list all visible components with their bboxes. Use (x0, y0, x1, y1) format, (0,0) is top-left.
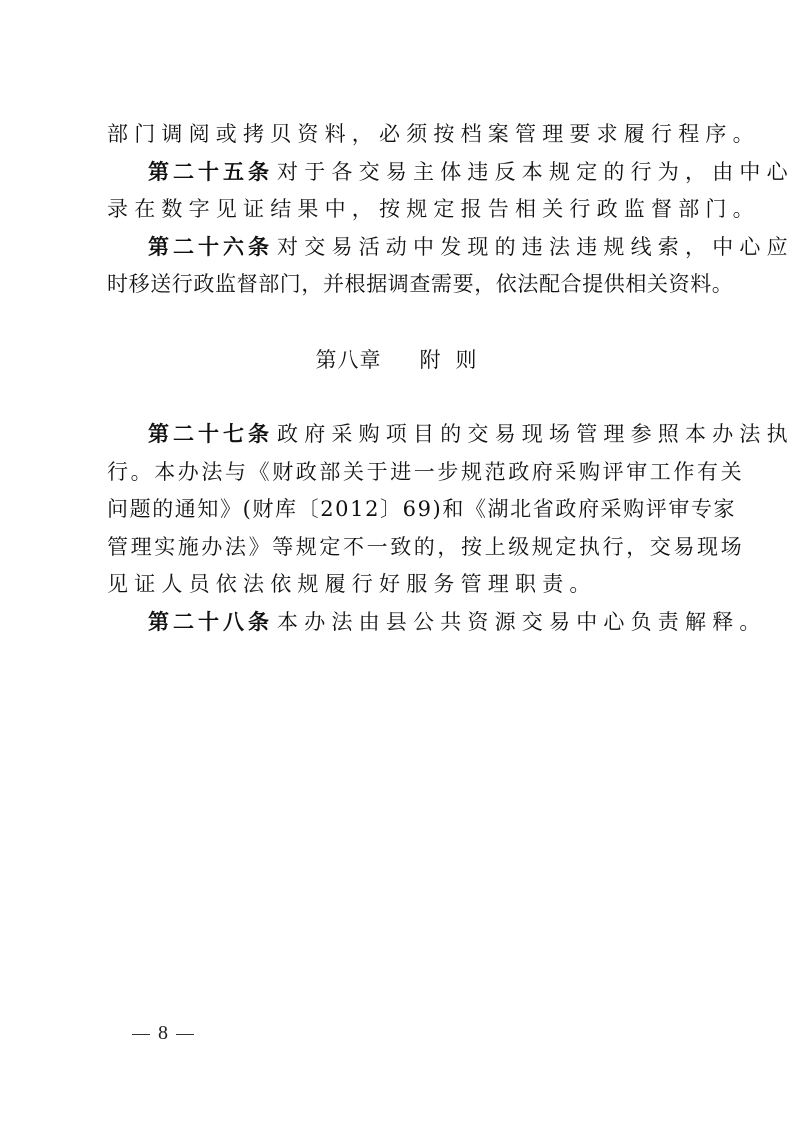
article-27-line-2: 行。本办法与《财政部关于进一步规范政府采购评审工作有关 (107, 454, 691, 492)
document-page-top: 部门调阅或拷贝资料，必须按档案管理要求履行程序。 第二十五条对于各交易主体违反本… (107, 116, 691, 304)
article-27-number: 第二十七条 (148, 422, 273, 446)
article-26-first-line: 第二十六条对交易活动中发现的违法违规线索，中心应及 (107, 229, 691, 267)
chapter-number: 第八章 (316, 348, 382, 372)
article-28-text: 本办法由县公共资源交易中心负责解释。 (277, 610, 767, 634)
article-27-line-3: 问题的通知》(财库〔2012〕69)和《湖北省政府采购评审专家 (107, 491, 691, 529)
article-27-line-5: 见证人员依法依规履行好服务管理职责。 (107, 566, 691, 604)
article-28-first-line: 第二十八条本办法由县公共资源交易中心负责解释。 (107, 604, 691, 642)
article-25-line-2: 录在数字见证结果中，按规定报告相关行政监督部门。 (107, 191, 691, 229)
page-number-footer: 8 (124, 1022, 202, 1045)
continuation-line: 部门调阅或拷贝资料，必须按档案管理要求履行程序。 (107, 116, 691, 154)
chapter-title-part2: 则 (456, 348, 478, 372)
left-dash (132, 1034, 150, 1035)
right-dash (176, 1034, 194, 1035)
article-26-number: 第二十六条 (148, 235, 273, 259)
chapter-heading: 第八章附则 (0, 342, 793, 378)
article-25-text: 对于各交易主体违反本规定的行为，由中心记 (277, 160, 793, 184)
article-27-first-line: 第二十七条政府采购项目的交易现场管理参照本办法执 (107, 416, 691, 454)
document-page-bottom: 第二十七条政府采购项目的交易现场管理参照本办法执 行。本办法与《财政部关于进一步… (107, 416, 691, 641)
article-27-line-4: 管理实施办法》等规定不一致的，按上级规定执行，交易现场 (107, 529, 691, 567)
article-26-text: 对交易活动中发现的违法违规线索，中心应及 (277, 235, 793, 259)
article-26-line-2: 时移送行政监督部门，并根据调查需要，依法配合提供相关资料。 (107, 266, 691, 304)
article-28-number: 第二十八条 (148, 610, 273, 634)
chapter-title-part1: 附 (420, 348, 442, 372)
article-25-number: 第二十五条 (148, 160, 273, 184)
page-number: 8 (158, 1022, 168, 1044)
article-25-first-line: 第二十五条对于各交易主体违反本规定的行为，由中心记 (107, 154, 691, 192)
article-27-text: 政府采购项目的交易现场管理参照本办法执 (277, 422, 793, 446)
